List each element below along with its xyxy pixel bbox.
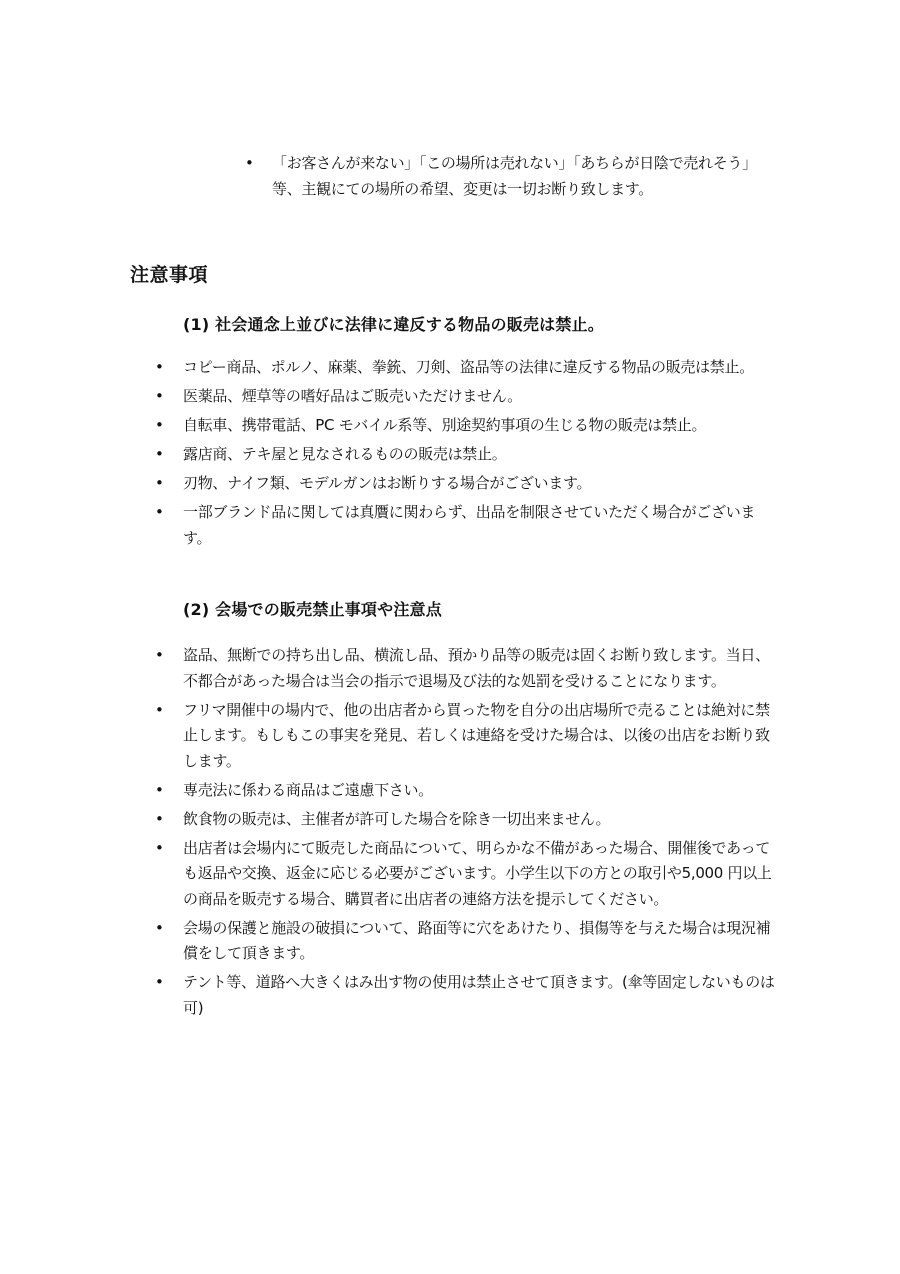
list-item-text: コピー商品、ポルノ、麻薬、拳銃、刀剣、盗品等の法律に違反する物品の販売は禁止。 (183, 358, 754, 376)
list-item: • テント等、道路へ大きくはみ出す物の使用は禁止させて頂きます。(傘等固定しない… (155, 970, 775, 1021)
bullet-icon: • (155, 836, 164, 862)
bullet-icon: • (155, 413, 164, 439)
list-item-text: 専売法に係わる商品はご遠慮下さい。 (183, 781, 433, 799)
list-item-text: 医薬品、煙草等の嗜好品はご販売いただけません。 (183, 387, 522, 405)
list-item-text: 刃物、ナイフ類、モデルガンはお断りする場合がございます。 (183, 474, 591, 492)
bullet-icon: • (155, 355, 164, 381)
list-item-text: 露店商、テキ屋と見なされるものの販売は禁止。 (183, 445, 506, 463)
list-item-text: テント等、道路へ大きくはみ出す物の使用は禁止させて頂きます。(傘等固定しないもの… (183, 973, 775, 1017)
prohibited-items-list: • コピー商品、ポルノ、麻薬、拳銃、刀剣、盗品等の法律に違反する物品の販売は禁止… (155, 355, 775, 555)
bullet-icon: • (155, 698, 164, 724)
list-item: • 露店商、テキ屋と見なされるものの販売は禁止。 (155, 442, 775, 468)
list-item: • 出店者は会場内にて販売した商品について、明らかな不備があった場合、開催後であ… (155, 836, 775, 913)
section-title: 注意事項 (130, 260, 208, 287)
subsection-heading-2: (2) 会場での販売禁止事項や注意点 (183, 597, 442, 620)
bullet-icon: • (155, 500, 164, 526)
bullet-icon: • (155, 442, 164, 468)
list-item-text: 自転車、携帯電話、PC モバイル系等、別途契約事項の生じる物の販売は禁止。 (183, 416, 706, 434)
bullet-icon: • (155, 384, 164, 410)
list-item: • 刃物、ナイフ類、モデルガンはお断りする場合がございます。 (155, 471, 775, 497)
document-page: • 「お客さんが来ない」「この場所は売れない」「あちらが日陰で売れそう」等、主観… (0, 0, 900, 1274)
list-item: • 盗品、無断での持ち出し品、横流し品、預かり品等の販売は固くお断り致します。当… (155, 643, 775, 694)
list-item-text: 盗品、無断での持ち出し品、横流し品、預かり品等の販売は固くお断り致します。当日、… (183, 646, 770, 690)
bullet-icon: • (245, 151, 254, 177)
list-item: • 「お客さんが来ない」「この場所は売れない」「あちらが日陰で売れそう」等、主観… (245, 151, 785, 202)
list-item-text: 飲食物の販売は、主催者が許可した場合を除き一切出来ません。 (183, 810, 610, 828)
list-item: • 自転車、携帯電話、PC モバイル系等、別途契約事項の生じる物の販売は禁止。 (155, 413, 775, 439)
list-item: • 医薬品、煙草等の嗜好品はご販売いただけません。 (155, 384, 775, 410)
list-item: • 会場の保護と施設の破損について、路面等に穴をあけたり、損傷等を与えた場合は現… (155, 916, 775, 967)
intro-bullet-list: • 「お客さんが来ない」「この場所は売れない」「あちらが日陰で売れそう」等、主観… (245, 151, 785, 202)
list-item: • コピー商品、ポルノ、麻薬、拳銃、刀剣、盗品等の法律に違反する物品の販売は禁止… (155, 355, 775, 381)
list-item-text: 会場の保護と施設の破損について、路面等に穴をあけたり、損傷等を与えた場合は現況補… (183, 919, 770, 963)
list-item: • 専売法に係わる商品はご遠慮下さい。 (155, 778, 775, 804)
venue-rules-list: • 盗品、無断での持ち出し品、横流し品、預かり品等の販売は固くお断り致します。当… (155, 643, 775, 1025)
bullet-icon: • (155, 643, 164, 669)
list-item-text: フリマ開催中の場内で、他の出店者から買った物を自分の出店場所で売ることは絶対に禁… (183, 701, 770, 770)
list-item-text: 出店者は会場内にて販売した商品について、明らかな不備があった場合、開催後であって… (183, 839, 772, 908)
bullet-icon: • (155, 970, 164, 996)
bullet-icon: • (155, 807, 164, 833)
bullet-icon: • (155, 471, 164, 497)
list-item: • 飲食物の販売は、主催者が許可した場合を除き一切出来ません。 (155, 807, 775, 833)
list-item-text: 「お客さんが来ない」「この場所は売れない」「あちらが日陰で売れそう」等、主観にて… (272, 154, 757, 198)
list-item-text: 一部ブランド品に関しては真贋に関わらず、出品を制限させていただく場合がございます… (183, 503, 755, 547)
subsection-heading-1: (1) 社会通念上並びに法律に違反する物品の販売は禁止。 (183, 312, 604, 335)
bullet-icon: • (155, 916, 164, 942)
bullet-icon: • (155, 778, 164, 804)
list-item: • 一部ブランド品に関しては真贋に関わらず、出品を制限させていただく場合がござい… (155, 500, 775, 551)
list-item: • フリマ開催中の場内で、他の出店者から買った物を自分の出店場所で売ることは絶対… (155, 698, 775, 775)
